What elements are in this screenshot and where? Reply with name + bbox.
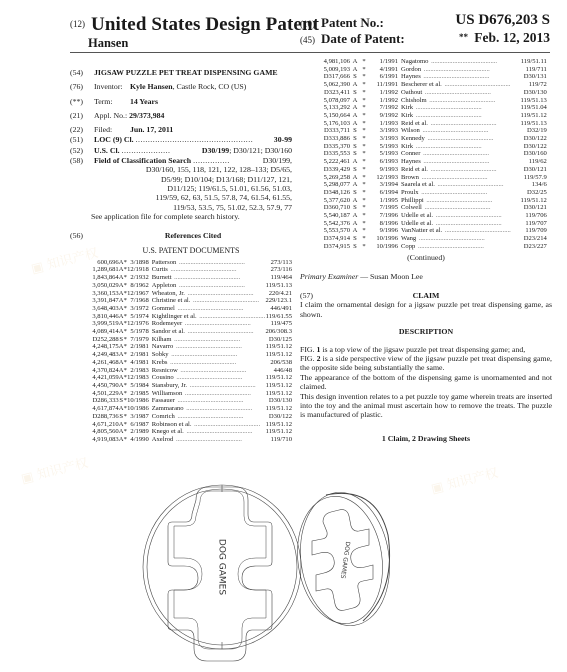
ref-number: 5,150,664 [306,112,350,120]
ref-class: D30/130 [265,397,292,405]
ref-kind: A [119,421,124,429]
ref-date: 5/1984 [127,382,152,390]
ref-kind: A [119,367,124,375]
description-paragraphs: FIG. 1 is a top view of the jigsaw puzzl… [300,345,552,420]
ref-name: Comrich ................................… [152,413,265,421]
ref-date: 5/1978 [127,328,152,336]
inventor-surname: Hansen [88,36,128,51]
fig1-logo: DOG GAMES [217,539,227,595]
ref-name: Saarela et al. .........................… [401,181,511,189]
ref-number: D335,370 [306,143,350,151]
field-label: Term: [94,97,128,106]
filed-date: Jun. 17, 2011 [130,125,173,134]
ref-date: 3/1993 [368,135,401,143]
inventor-location: , Castle Rock, CO (US) [173,82,247,91]
field-label: LOC (9) Cl. [94,135,134,144]
claims-sheets-summary: 1 Claim, 2 Drawing Sheets [300,434,552,443]
ref-class: 119/51.11 [511,58,547,66]
ref-cited-by-examiner: * [360,143,368,151]
description-paragraph: This design invention relates to a pet p… [300,392,552,420]
ref-number: 4,421,059 [92,374,119,382]
ref-number: 4,981,106 [306,58,350,66]
ref-date: 6/1991 [368,73,401,81]
reference-row: 4,261,468A*4/1981Krebs .................… [92,359,292,367]
ref-kind: A [350,120,360,128]
ref-date: 2/1981 [127,351,152,359]
ref-class: D30/122 [511,135,547,143]
field-code: (52) [70,146,83,155]
field-code: (22) [70,125,83,134]
ref-date: 7/1968 [127,297,152,305]
ref-cited-by-examiner: * [360,166,368,174]
examiner-name: Susan Moon Lee [370,272,423,281]
reference-row: 5,298,077A*3/1994Saarela et al. ........… [306,181,547,189]
ref-number: 5,542,376 [306,220,350,228]
search-class-line: 119/53, 53.5, 75, 51.02, 52.3, 57.9, 77 [104,203,292,212]
search-note: See application file for complete search… [91,212,292,221]
filed-field: (22) Filed: Jun. 17, 2011 [70,125,292,134]
ref-name: Chisholm ...............................… [401,97,511,105]
reference-row: D335,370S*5/1993Kirk ...................… [306,143,547,151]
ref-kind: A [350,197,360,205]
ref-number: 600,696 [92,259,119,267]
field-code: (76) [70,82,83,91]
ref-class: 119/51.12 [265,343,292,351]
ref-number: D317,666 [306,73,350,81]
reference-row: 4,450,790A*5/1984Stansbury, Jr. ........… [92,382,292,390]
ref-kind: A [119,297,124,305]
ref-kind: S [350,150,360,158]
ref-cited-by-examiner: * [124,421,127,429]
fig2-perspective-view: DOG GAMES [290,487,398,632]
inventor-field: (76) Inventor: Kyle Hansen, Castle Rock,… [70,82,292,91]
reference-row: 5,062,390A*11/1991Bescherer et al. .....… [306,81,547,89]
ref-name: Kirk ...................................… [401,143,511,151]
ref-name: Stansbury, Jr. .........................… [152,382,265,390]
appl-field: (21) Appl. No.: 29/373,984 [70,111,292,120]
reference-row: 5,553,570A*9/1996VanNatter et al. ......… [306,227,547,235]
ref-cited-by-examiner: * [360,66,368,74]
ref-number: 3,810,446 [92,313,119,321]
ref-cited-by-examiner: * [360,89,368,97]
ref-name: Navarro ................................… [152,343,265,351]
us-patent-documents-heading: U.S. PATENT DOCUMENTS [90,246,292,255]
patent-header: (12) United States Design Patent Hansen [70,14,319,36]
ref-cited-by-examiner: * [360,158,368,166]
ref-date: 1/1995 [368,197,401,205]
date-stars: ** [459,32,468,42]
ref-class: D32/25 [511,189,547,197]
ref-number: 4,501,229 [92,390,119,398]
ref-class: 273/113 [265,259,292,267]
date-label: Date of Patent: [321,31,405,46]
ref-name: Proulx .................................… [401,189,511,197]
us-class-rest: ; D30/121; D30/160 [229,146,292,155]
loc-class: 30-99 [274,135,292,144]
ref-number: 1,289,681 [92,266,119,274]
ref-name: Fassauer ...............................… [152,397,265,405]
ref-kind: A [119,382,124,390]
ref-number: D335,553 [306,150,350,158]
ref-number: 4,261,468 [92,359,119,367]
date-value: Feb. 12, 2013 [474,30,550,46]
ref-cited-by-examiner: * [360,181,368,189]
ref-date: 3/1898 [127,259,152,267]
ref-name: Bescherer et al. .......................… [401,81,511,89]
search-field: (58) Field of Classification Search ....… [70,156,292,221]
ref-date: 2/1932 [127,274,152,282]
ref-number: 4,617,874 [92,405,119,413]
reference-row: 5,009,193A*4/1991Gordon ................… [306,66,547,74]
ref-number: D374,915 [306,243,350,251]
ref-date: 3/1972 [127,305,152,313]
bibliographic-column: (54) JIGSAW PUZZLE PET TREAT DISPENSING … [70,64,292,444]
ref-name: Copp ...................................… [401,243,511,251]
ref-kind: A [350,212,360,220]
ref-cited-by-examiner: * [124,297,127,305]
ref-class: 119/711 [511,66,547,74]
ref-cited-by-examiner: * [360,135,368,143]
reference-row: D252,288S*7/1979Kilham .................… [92,336,292,344]
ref-class: 446/491 [265,305,292,313]
reference-row: 5,222,461A*6/1993Haynes ................… [306,158,547,166]
reference-row: D333,711S*3/1993Wilson .................… [306,127,547,135]
ref-kind: A [119,343,124,351]
ref-date: 12/1993 [368,174,401,182]
leader-dots: .................... [122,146,171,155]
reference-row: 1,843,864A*2/1932Burnett ...............… [92,274,292,282]
ref-cited-by-examiner: * [124,428,127,436]
ref-date: 7/1979 [127,336,152,344]
ref-class: 119/51.12 [265,351,292,359]
ref-date: 3/1987 [127,413,152,421]
ref-number: 3,391,847 [92,297,119,305]
reference-row: D317,666S*6/1991Haynes .................… [306,73,547,81]
reference-row: 5,133,292A*7/1992Kirk ..................… [306,104,547,112]
ref-kind: A [350,174,360,182]
ref-name: VanNatter et al. .......................… [401,227,511,235]
ref-cited-by-examiner: * [124,282,127,290]
ref-kind: A [119,290,124,298]
ref-class: 119/62 [511,158,547,166]
ref-cited-by-examiner: * [124,274,127,282]
ref-number: 3,050,029 [92,282,119,290]
ref-number: 5,269,258 [306,174,350,182]
ref-class: 119/51.12 [265,421,292,429]
ref-kind: S [350,243,360,251]
ref-name: Haynes .................................… [401,158,511,166]
ref-name: Christine et al. .......................… [152,297,265,305]
loc-field: (51) LOC (9) Cl. .......................… [70,135,292,144]
ref-class: 206/538 [265,359,292,367]
ref-class: 206/308.3 [265,328,292,336]
reference-row: 3,050,029A*8/1962Appleton ..............… [92,282,292,290]
ref-cited-by-examiner: * [360,73,368,81]
ref-name: Brown ..................................… [401,174,511,182]
continued-label: (Continued) [300,253,552,262]
term-value: 14 Years [130,97,158,106]
ref-name: Patterson ..............................… [152,259,265,267]
ref-date: 12/1983 [127,374,152,382]
ref-cited-by-examiner: * [360,243,368,251]
ref-name: Colwell ................................… [401,204,511,212]
ref-kind: S [350,89,360,97]
field-code: (**) [70,97,83,106]
claim-text: I claim the ornamental design for a jigs… [300,300,552,319]
ref-number: 4,248,175 [92,343,119,351]
ref-name: Kilham .................................… [152,336,265,344]
ref-cited-by-examiner: * [360,197,368,205]
ref-cited-by-examiner: * [124,313,127,321]
ref-date: 5/1993 [368,143,401,151]
ref-number: 3,999,519 [92,320,119,328]
description-paragraph: FIG. 1 is a top view of the jigsaw puzzl… [300,345,552,354]
field-code: (51) [70,135,83,144]
ref-kind: S [350,166,360,174]
ref-number: D339,429 [306,166,350,174]
ref-name: Nagatomo ...............................… [401,58,511,66]
ref-class: 119/51.12 [265,405,292,413]
ref-date: 2/1981 [127,343,152,351]
references-heading-row: (56) References Cited [70,231,292,240]
ref-name: Wilson .................................… [401,127,511,135]
ref-kind: A [350,58,360,66]
ref-cited-by-examiner: * [360,97,368,105]
ref-number: 1,843,864 [92,274,119,282]
ref-cited-by-examiner: * [360,150,368,158]
reference-row: D333,886S*3/1993Kennedy ................… [306,135,547,143]
reference-row: D339,429S*9/1993Reid et al. ............… [306,166,547,174]
ref-date: 7/1995 [368,204,401,212]
reference-row: 3,810,446A*5/1974Kightlinger et al. ....… [92,313,292,321]
ref-cited-by-examiner: * [360,120,368,128]
reference-row: 4,919,083A*4/1990Axelrod ...............… [92,436,292,444]
patent-no-value: US D676,203 S [455,12,550,29]
ref-cited-by-examiner: * [124,359,127,367]
reference-row: 4,089,414A*5/1978Sandor et al. .........… [92,328,292,336]
ref-cited-by-examiner: * [360,204,368,212]
ref-kind: A [350,81,360,89]
ref-cited-by-examiner: * [360,81,368,89]
ref-kind: S [350,135,360,143]
ref-date: 12/1976 [127,320,152,328]
references-heading: References Cited [94,231,292,240]
leader-dots: ............... [193,156,230,165]
claim-heading: CLAIM [413,291,440,300]
ref-date: 9/1996 [368,227,401,235]
ref-kind: A [119,305,124,313]
reference-row: 4,805,560A*2/1989Knego et al. ..........… [92,428,292,436]
design-drawings: DOG GAMES DOG GAMES [0,480,567,672]
ref-date: 2/1983 [127,367,152,375]
patent-no-label: Patent No.: [321,15,384,30]
ref-class: 119/51.13 [265,282,292,290]
ref-kind: A [119,405,124,413]
reference-row: 5,377,620A*1/1995Phillippi .............… [306,197,547,205]
ref-cited-by-examiner: * [124,382,127,390]
ref-date: 1/1992 [368,89,401,97]
ref-class: 119/51.12 [265,382,292,390]
field-code: (57) [300,291,313,300]
term-field: (**) Term: 14 Years [70,97,292,106]
ref-kind: S [350,204,360,212]
references-table-right: 4,981,106A*1/1991Nagatomo ..............… [306,58,547,251]
field-label: Inventor: [94,82,128,91]
reference-row: 5,150,664A*9/1992Kirk ..................… [306,112,547,120]
ref-kind: S [119,413,124,421]
ref-kind: A [119,320,124,328]
ref-date: 10/1996 [368,243,401,251]
reference-row: D288,736S*3/1987Comrich ................… [92,413,292,421]
ref-date: 6/1993 [368,158,401,166]
ref-cited-by-examiner: * [360,227,368,235]
ref-class: D30/121 [511,204,547,212]
search-class-line: D11/125; 119/61.5, 51.01, 61.56, 51.03, [104,184,292,193]
ref-number: 5,222,461 [306,158,350,166]
ref-cited-by-examiner: * [124,259,127,267]
ref-class: 119/51.13 [511,120,547,128]
ref-number: 5,298,077 [306,181,350,189]
ref-kind: A [119,436,124,444]
ref-class: 446/48 [265,367,292,375]
examiner-dash: — [358,272,370,281]
date-code: (45) [300,35,315,45]
ref-cited-by-examiner: * [360,112,368,120]
search-class-line: D5/99; D10/104; D13/168; D11/127, 121, [104,175,292,184]
reference-row: 5,078,097A*1/1992Chisholm ..............… [306,97,547,105]
appl-number: 29/373,984 [129,111,164,120]
ref-cited-by-examiner: * [124,336,127,344]
ref-date: 1/1992 [368,97,401,105]
ref-cited-by-examiner: * [360,58,368,66]
ref-date: 9/1993 [368,166,401,174]
ref-date: 5/1974 [127,313,152,321]
ref-class: 119/51.12 [265,390,292,398]
ref-name: Curtis .................................… [152,266,265,274]
ref-number: D348,126 [306,189,350,197]
header-divider [70,52,550,53]
ref-number: D323,411 [306,89,350,97]
ref-date: 10/1986 [127,397,152,405]
uscl-field: (52) U.S. Cl. ....................D30/19… [70,146,292,155]
ref-name: Knego et al. ...........................… [152,428,265,436]
ref-date: 7/1996 [368,212,401,220]
ref-class: 119/709 [511,227,547,235]
reference-row: 3,360,153A*12/1967Wheaton, Jr. .........… [92,290,292,298]
ref-class: 273/116 [265,266,292,274]
ref-kind: A [119,266,124,274]
fig2-logo: DOG GAMES [339,541,351,579]
ref-number: D374,914 [306,235,350,243]
reference-row: 4,617,874A*10/1986Zammarano ............… [92,405,292,413]
description-paragraph: FIG. 2 is a side perspective view of the… [300,354,552,373]
ref-name: Rodemeyer ..............................… [152,320,265,328]
ref-date: 4/1981 [127,359,152,367]
ref-kind: A [350,220,360,228]
reference-row: D323,411S*1/1992Oathout ................… [306,89,547,97]
ref-name: Kightlinger et al. .....................… [152,313,265,321]
ref-name: Cousino ................................… [152,374,265,382]
reference-row: 600,696A*3/1898Patterson ...............… [92,259,292,267]
ref-name: Oathout ................................… [401,89,511,97]
ref-number: 5,540,187 [306,212,350,220]
ref-class: 220/4.21 [265,290,292,298]
ref-name: Kirk ...................................… [401,112,511,120]
ref-cited-by-examiner: * [360,235,368,243]
ref-kind: S [350,127,360,135]
ref-name: Sandor et al. ..........................… [152,328,265,336]
field-label: Filed: [94,125,128,134]
ref-class: D30/122 [511,143,547,151]
ref-name: Gommel .................................… [152,305,265,313]
ref-number: D333,886 [306,135,350,143]
ref-kind: A [350,66,360,74]
field-label: U.S. Cl. [94,146,120,155]
reference-row: 4,421,059A*12/1983Cousino ..............… [92,374,292,382]
ref-class: D30/121 [511,166,547,174]
title-field: (54) JIGSAW PUZZLE PET TREAT DISPENSING … [70,68,292,77]
us-class-primary: D30/199 [202,146,229,155]
ref-number: 3,360,153 [92,290,119,298]
ref-number: 3,648,403 [92,305,119,313]
description-heading: DESCRIPTION [300,327,552,336]
ref-class: 119/464 [265,274,292,282]
reference-row: D374,915S*10/1996Copp ..................… [306,243,547,251]
ref-kind: S [119,397,124,405]
ref-class: 119/72 [511,81,547,89]
ref-date: 10/1986 [127,405,152,413]
document-title: United States Design Patent [91,14,319,35]
ref-name: Udelle et al. ..........................… [401,220,511,228]
reference-row: D286,333S*10/1986Fassauer ..............… [92,397,292,405]
field-code: (54) [70,68,83,77]
ref-number: D360,710 [306,204,350,212]
ref-name: Conner .................................… [401,150,511,158]
ref-name: Kennedy ................................… [401,135,511,143]
ref-number: 4,450,790 [92,382,119,390]
ref-name: Burnett ................................… [152,274,265,282]
ref-number: 5,062,390 [306,81,350,89]
ref-name: Udelle et al. ..........................… [401,212,511,220]
reference-row: 5,542,376A*8/1996Udelle et al. .........… [306,220,547,228]
ref-class: 119/51.12 [511,112,547,120]
ref-class: 119/51.04 [511,104,547,112]
ref-class: 119/706 [511,212,547,220]
ref-name: Axelrod ................................… [152,436,265,444]
ref-number: 5,176,103 [306,120,350,128]
ref-date: 1/1991 [368,58,401,66]
right-column: 4,981,106A*1/1991Nagatomo ..............… [300,58,552,443]
ref-kind: A [350,227,360,235]
ref-kind: A [119,274,124,282]
ref-kind: A [350,181,360,189]
examiner-label: Primary Examiner [300,272,358,281]
ref-kind: S [350,189,360,197]
ref-cited-by-examiner: * [360,189,368,197]
ref-cited-by-examiner: * [360,127,368,135]
ref-kind: S [350,73,360,81]
ref-name: Sobky ..................................… [152,351,265,359]
reference-row: 5,269,258A*12/1993Brown ................… [306,174,547,182]
ref-date: 5/1993 [368,150,401,158]
ref-name: Reid et al. ............................… [401,166,511,174]
ref-date: 12/1918 [127,266,152,274]
reference-row: D360,710S*7/1995Colwell ................… [306,204,547,212]
ref-cited-by-examiner: * [124,305,127,313]
ref-number: 4,249,483 [92,351,119,359]
patent-no-code: (10) [300,19,315,29]
ref-date: 11/1991 [368,81,401,89]
